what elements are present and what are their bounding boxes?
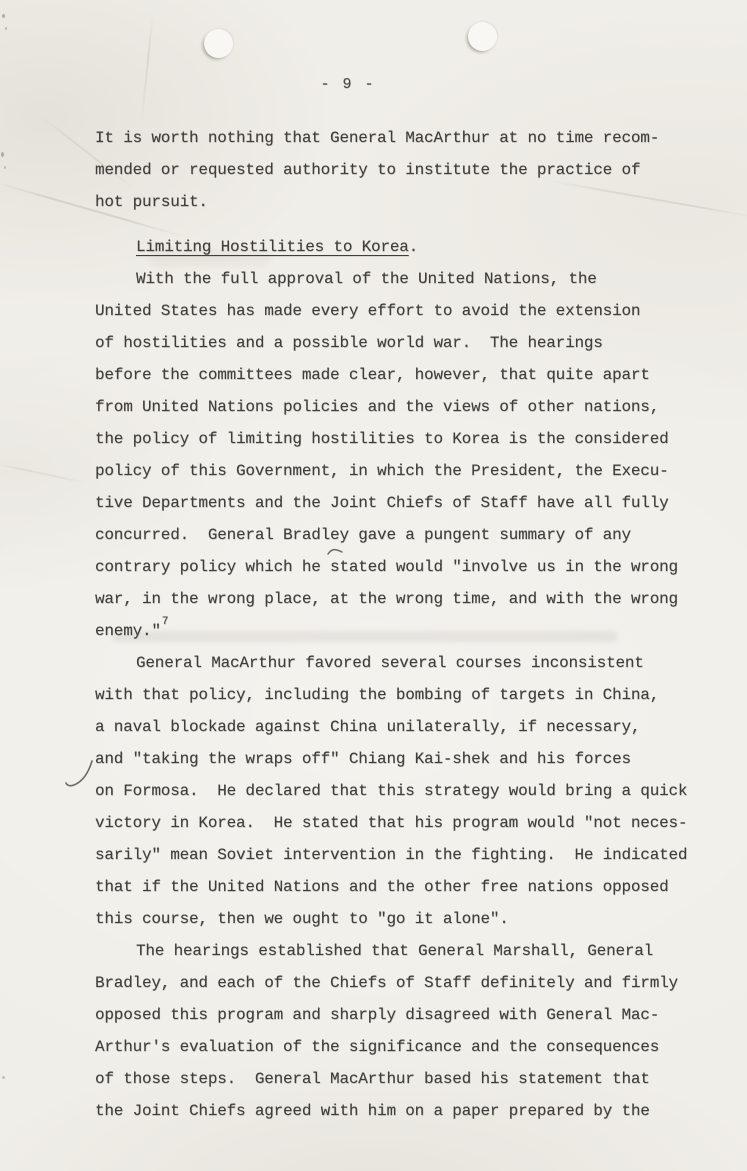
- text-line: Bradley, and each of the Chiefs of Staff…: [95, 967, 720, 999]
- text-line: mended or requested authority to institu…: [95, 154, 720, 186]
- text-line: With the full approval of the United Nat…: [95, 263, 720, 295]
- text-line: the policy of limiting hostilities to Ko…: [95, 423, 720, 455]
- text-line: the Joint Chiefs agreed with him on a pa…: [95, 1095, 720, 1127]
- edge-speck: [5, 27, 7, 30]
- text-line: General MacArthur favored several course…: [95, 647, 720, 679]
- text-line-fragment: enemy.": [95, 622, 161, 640]
- page-number: - 9 -: [298, 76, 398, 93]
- text-line: of those steps. General MacArthur based …: [95, 1063, 720, 1095]
- paragraph: General MacArthur favored several course…: [95, 647, 720, 935]
- paragraph: It is worth nothing that General MacArth…: [95, 122, 720, 218]
- text-line: from United Nations policies and the vie…: [95, 391, 720, 423]
- text-line: victory in Korea. He stated that his pro…: [95, 807, 720, 839]
- text-line: contrary policy which he stated would "i…: [95, 551, 720, 583]
- section-heading-period: .: [409, 238, 418, 256]
- section-heading: Limiting Hostilities to Korea.: [95, 231, 720, 263]
- crease-line: [0, 462, 86, 484]
- text-line: with that policy, including the bombing …: [95, 679, 720, 711]
- text-line: United States has made every effort to a…: [95, 295, 720, 327]
- text-line: The hearings established that General Ma…: [95, 935, 720, 967]
- document-body: It is worth nothing that General MacArth…: [95, 122, 720, 1127]
- text-line: that if the United Nations and the other…: [95, 871, 720, 903]
- text-line: policy of this Government, in which the …: [95, 455, 720, 487]
- text-line: hot pursuit.: [95, 186, 720, 218]
- pen-check-mark: [62, 758, 96, 792]
- punch-hole-right: [468, 22, 497, 51]
- text-line: war, in the wrong place, at the wrong ti…: [95, 583, 720, 615]
- text-line: a naval blockade against China unilatera…: [95, 711, 720, 743]
- text-line: Arthur's evaluation of the significance …: [95, 1031, 720, 1063]
- text-line: sarily" mean Soviet intervention in the …: [95, 839, 720, 871]
- paragraph: The hearings established that General Ma…: [95, 935, 720, 1127]
- crease-line: [140, 12, 154, 127]
- text-line: before the committees made clear, howeve…: [95, 359, 720, 391]
- text-line: concurred. General Bradley gave a pungen…: [95, 519, 720, 551]
- text-line: It is worth nothing that General MacArth…: [95, 122, 720, 154]
- text-line: of hostilities and a possible world war.…: [95, 327, 720, 359]
- text-line: and "taking the wraps off" Chiang Kai-sh…: [95, 743, 720, 775]
- punch-hole-left: [204, 29, 233, 58]
- edge-speck: [4, 166, 6, 169]
- text-line: tive Departments and the Joint Chiefs of…: [95, 487, 720, 519]
- edge-speck: [1, 152, 4, 157]
- paragraph: With the full approval of the United Nat…: [95, 263, 720, 647]
- text-line: this course, then we ought to "go it alo…: [95, 903, 720, 935]
- footnote-reference: 7: [162, 616, 168, 628]
- edge-speck: [2, 14, 5, 18]
- text-line: on Formosa. He declared that this strate…: [95, 775, 720, 807]
- section-heading-text: Limiting Hostilities to Korea: [136, 238, 409, 256]
- text-line: opposed this program and sharply disagre…: [95, 999, 720, 1031]
- edge-speck: [2, 1076, 5, 1079]
- text-line: enemy."7: [95, 615, 720, 647]
